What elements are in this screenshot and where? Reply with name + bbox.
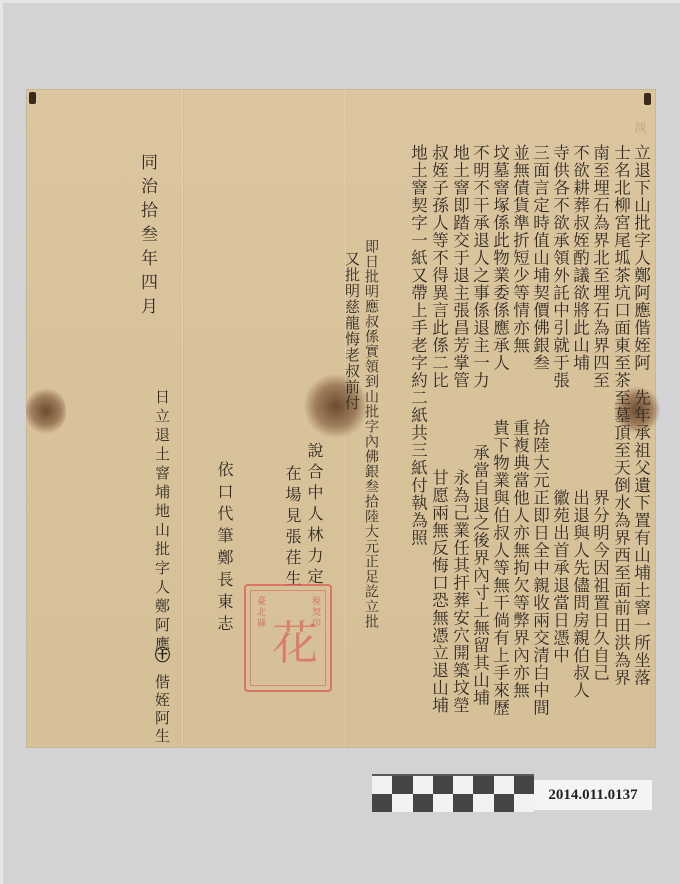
- scale-square: [453, 794, 473, 812]
- annotation-column-1: 即日批明應叔係實領到山批字內佛銀叁拾陸大元正足訖立批: [364, 239, 378, 629]
- scale-square: [392, 776, 412, 794]
- body-column-9: 不明不干承退人之事係退主一力: [471, 144, 488, 389]
- body-column-6-lower: 拾陸大元正即日全中親收兩交清白中間: [531, 419, 548, 717]
- scale-square: [413, 794, 433, 812]
- body-column-2-lower: 至墓頂至天倒水為界西至面前田洪為界: [612, 389, 629, 687]
- corner-damage: [29, 92, 36, 104]
- scale-bar: [372, 774, 534, 812]
- signer-column: 日立退土窨埔地山批字人鄭阿應: [154, 389, 169, 655]
- official-seal: 臺北縣 花 稅契印: [244, 584, 332, 692]
- scale-square: [433, 794, 453, 812]
- signer-mark: ㊉: [155, 644, 170, 665]
- seal-side-text: 稅契印: [309, 596, 322, 629]
- accession-number-label: 2014.011.0137: [534, 780, 652, 810]
- body-column-9-lower: 承當自退之後界內寸土無留其山埔: [471, 444, 488, 707]
- body-column-8: 坟墓窨塚係此物業委係應承人: [491, 144, 508, 372]
- body-column-3-lower: 界分明今因祖置日久自己: [591, 489, 608, 682]
- scale-square: [392, 794, 412, 812]
- scale-square: [514, 776, 534, 794]
- body-column-5-lower: 徽苑出首承退當日憑中: [551, 489, 568, 664]
- witness-column-present: 在場見張荏生: [284, 465, 300, 591]
- scale-square: [413, 776, 433, 794]
- scale-square: [473, 776, 493, 794]
- body-column-2: 士名北柳宮尾坬茶坑口面東至茶: [612, 144, 629, 389]
- edge-stain: [26, 386, 66, 436]
- body-column-7: 並無債貨準折短少等情亦無: [511, 144, 528, 354]
- fold-line: [182, 89, 184, 748]
- body-column-5: 寺供各不欲承領外託中引就于張: [551, 144, 568, 389]
- nephew-column: 偕姪阿生: [154, 674, 169, 746]
- scale-square: [494, 776, 514, 794]
- body-column-8-lower: 貴下物業與伯叔人等無干倘有上手來歷: [491, 419, 508, 717]
- body-column-6: 三面言定時值山埔契價佛銀叁: [531, 144, 548, 372]
- body-column-4: 不欲耕葬叔姪酌議欲將此山埔: [571, 144, 588, 372]
- scribe-column: 依口代筆鄭長東志: [216, 461, 232, 637]
- photo-frame-edge: [0, 0, 680, 3]
- deed-paper: 淡 立退下山批字人鄭阿應偕姪阿 士名北柳宮尾坬茶坑口面東至茶 南至埋石為界北至埋…: [26, 89, 656, 748]
- corner-annotation: 淡: [632, 121, 649, 133]
- body-column-7-lower: 重複典當他人亦無拘欠等弊界內亦無: [511, 419, 528, 699]
- body-column-12: 地土窨契字一紙又帶上手老字約二紙共三紙付執為照: [409, 144, 426, 547]
- body-column-3: 南至埋石為界北至埋石為界四至: [591, 144, 608, 389]
- scale-square: [372, 776, 392, 794]
- scale-square: [494, 794, 514, 812]
- scale-square: [433, 776, 453, 794]
- scale-square: [473, 794, 493, 812]
- annotation-column-2: 又批明慈龍悔老叔前付: [344, 251, 359, 411]
- seal-side-text: 臺北縣: [254, 596, 267, 629]
- body-column-11-lower: 甘愿兩無反悔口恐無憑立退山埔: [430, 469, 447, 714]
- scale-square: [453, 776, 473, 794]
- body-column-10-lower: 永為己業任其扞葬安穴開築坟塋: [451, 469, 468, 714]
- body-column-10: 地土窨即踏交于退主張昌芳掌管: [451, 144, 468, 389]
- scale-square: [372, 794, 392, 812]
- scale-square: [514, 794, 534, 812]
- corner-damage: [644, 93, 651, 105]
- witness-column-middleman: 說合中人林力定: [306, 442, 322, 589]
- seal-center-glyph: 花: [272, 604, 306, 682]
- photo-frame-edge: [0, 0, 3, 884]
- body-column-4-lower: 出退與人先儘問房親伯叔人: [571, 489, 588, 699]
- body-column-1-lower: 先年承祖父遺下置有山埔土窨一所坐落: [632, 389, 649, 687]
- body-column-1: 立退下山批字人鄭阿應偕姪阿: [632, 144, 649, 372]
- body-column-11: 叔姪子孫人等不得異言此係二比: [430, 144, 447, 389]
- date-column: 同治拾叁年四月: [138, 153, 155, 321]
